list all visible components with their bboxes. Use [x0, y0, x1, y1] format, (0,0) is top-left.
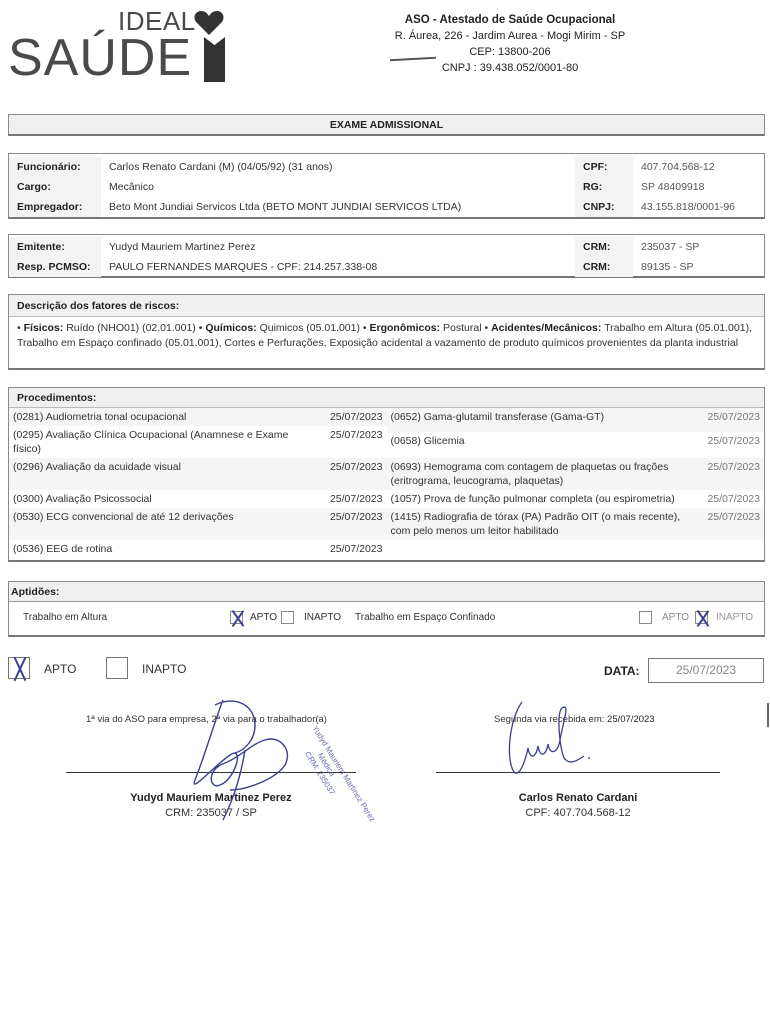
result-inapto-label: INAPTO	[142, 662, 186, 676]
field-label: Resp. PCMSO:	[9, 257, 101, 277]
field-label: CRM:	[575, 237, 633, 257]
risk-label-quimicos: Químicos:	[205, 322, 256, 334]
procedure-item: (1415) Radiografia de tórax (PA) Padrão …	[387, 508, 765, 540]
result-apto-label: APTO	[44, 662, 76, 676]
field-label: CRM:	[575, 257, 633, 277]
risk-ergonomicos: Postural	[443, 322, 482, 334]
worker-signature	[500, 698, 600, 778]
issuer-name: Yudyd Mauriem Martinez Perez	[101, 241, 575, 253]
pcmso-crm: 89135 - SP	[633, 261, 694, 273]
scan-edge-mark	[767, 703, 769, 727]
employee-row-employer: Empregador: Beto Mont Jundiai Servicos L…	[9, 197, 764, 217]
company-address: R. Áurea, 226 - Jardim Aurea - Mogi Miri…	[360, 28, 660, 44]
risk-label-fisicos: Físicos:	[24, 322, 64, 334]
issuer-info-section: Emitente: Yudyd Mauriem Martinez Perez C…	[8, 234, 765, 278]
employee-cpf: 407.704.568-12	[633, 161, 715, 173]
procedure-item: (0281) Audiometria tonal ocupacional25/0…	[9, 408, 387, 426]
ideal-saude-logo: IDEAL SAÚDE	[6, 4, 236, 90]
employee-row-name: Funcionário: Carlos Renato Cardani (M) (…	[9, 157, 764, 177]
date-label: DATA:	[604, 664, 640, 678]
date-field[interactable]: 25/07/2023	[648, 658, 764, 683]
risk-quimicos: Quimicos (05.01.001)	[260, 322, 360, 334]
risk-fisicos: Ruído (NHO01) (02.01.001)	[66, 322, 196, 334]
procedure-item: (0530) ECG convencional de até 12 deriva…	[9, 508, 387, 540]
procedures-section: Procedimentos: (0281) Audiometria tonal …	[8, 387, 765, 562]
employer-name: Beto Mont Jundiai Servicos Ltda (BETO MO…	[101, 201, 575, 213]
procedures-header: Procedimentos:	[9, 388, 764, 408]
employee-row-role: Cargo: Mecânico RG: SP 48409918	[9, 177, 764, 197]
checkbox-label: APTO	[250, 612, 277, 623]
procedure-item: (0652) Gama-glutamil transferase (Gama-G…	[387, 408, 765, 432]
procedure-item: (0536) EEG de rotina25/07/2023	[9, 540, 387, 558]
procedures-left-column: (0281) Audiometria tonal ocupacional25/0…	[9, 408, 387, 558]
exam-type-banner: EXAME ADMISSIONAL	[8, 114, 765, 136]
field-label: CNPJ:	[575, 197, 633, 217]
field-label: Cargo:	[9, 177, 101, 197]
logo-bar-shape	[204, 37, 225, 82]
logo-text-saude: SAÚDE	[8, 30, 192, 86]
pcmso-responsible: PAULO FERNANDES MARQUES - CPF: 214.257.3…	[101, 261, 575, 273]
worker-cpf: CPF: 407.704.568-12	[436, 807, 720, 819]
procedure-item: (1057) Prova de função pulmonar completa…	[387, 490, 765, 508]
risk-factors-section: Descrição dos fatores de riscos: • Físic…	[8, 294, 765, 370]
employee-info-section: Funcionário: Carlos Renato Cardani (M) (…	[8, 153, 765, 219]
employee-rg: SP 48409918	[633, 181, 704, 193]
employer-cnpj: 43.155.818/0001-96	[633, 201, 735, 213]
risk-label-ergonomicos: Ergonômicos:	[370, 322, 441, 334]
checkbox-label: INAPTO	[716, 612, 753, 623]
company-cnpj: CNPJ : 39.438.052/0001-80	[360, 60, 660, 76]
field-label: CPF:	[575, 157, 633, 177]
employee-name: Carlos Renato Cardani (M) (04/05/92) (31…	[101, 161, 575, 173]
checkbox-altura-inapto[interactable]	[281, 611, 294, 624]
aptitudes-header: Aptidões:	[9, 582, 764, 602]
field-label: Empregador:	[9, 197, 101, 217]
procedure-item: (0693) Hemograma com contagem de plaquet…	[387, 458, 765, 490]
risk-factors-text: • Físicos: Ruído (NHO01) (02.01.001) • Q…	[9, 317, 764, 355]
procedure-item: (0295) Avaliação Clínica Ocupacional (An…	[9, 426, 387, 458]
procedure-item: (0296) Avaliação da acuidade visual25/07…	[9, 458, 387, 490]
aptitudes-section: Aptidões: Trabalho em Altura APTO INAPTO…	[8, 581, 765, 637]
field-label: Funcionário:	[9, 157, 101, 177]
field-label: Emitente:	[9, 237, 101, 257]
risk-label-acidentes: Acidentes/Mecânicos:	[491, 322, 601, 334]
checkbox-label: APTO	[662, 612, 689, 623]
pcmso-row: Resp. PCMSO: PAULO FERNANDES MARQUES - C…	[9, 257, 764, 277]
worker-name: Carlos Renato Cardani	[436, 792, 720, 804]
checkbox-confinado-apto[interactable]	[639, 611, 652, 624]
result-apto-checkbox[interactable]	[8, 657, 30, 679]
aptitude-label-confinado: Trabalho em Espaço Confinado	[355, 612, 495, 623]
field-label: RG:	[575, 177, 633, 197]
result-inapto-checkbox[interactable]	[106, 657, 128, 679]
checkbox-label: INAPTO	[304, 612, 341, 623]
aptitude-label-altura: Trabalho em Altura	[23, 612, 107, 623]
company-header: ASO - Atestado de Saúde Ocupacional R. Á…	[360, 12, 660, 76]
checkbox-confinado-inapto[interactable]	[695, 611, 708, 624]
procedure-item: (0658) Glicemia25/07/2023	[387, 432, 765, 458]
document-title: ASO - Atestado de Saúde Ocupacional	[360, 12, 660, 28]
checkbox-altura-apto[interactable]	[230, 611, 243, 624]
issuer-crm: 235037 - SP	[633, 241, 699, 253]
heart-icon	[194, 10, 224, 36]
procedure-item: (0300) Avaliação Psicossocial25/07/2023	[9, 490, 387, 508]
issuer-row: Emitente: Yudyd Mauriem Martinez Perez C…	[9, 237, 764, 257]
doctor-signature	[175, 695, 305, 825]
employee-role: Mecânico	[101, 181, 575, 193]
procedures-right-column: (0652) Gama-glutamil transferase (Gama-G…	[387, 408, 765, 558]
risk-factors-header: Descrição dos fatores de riscos:	[9, 295, 764, 317]
